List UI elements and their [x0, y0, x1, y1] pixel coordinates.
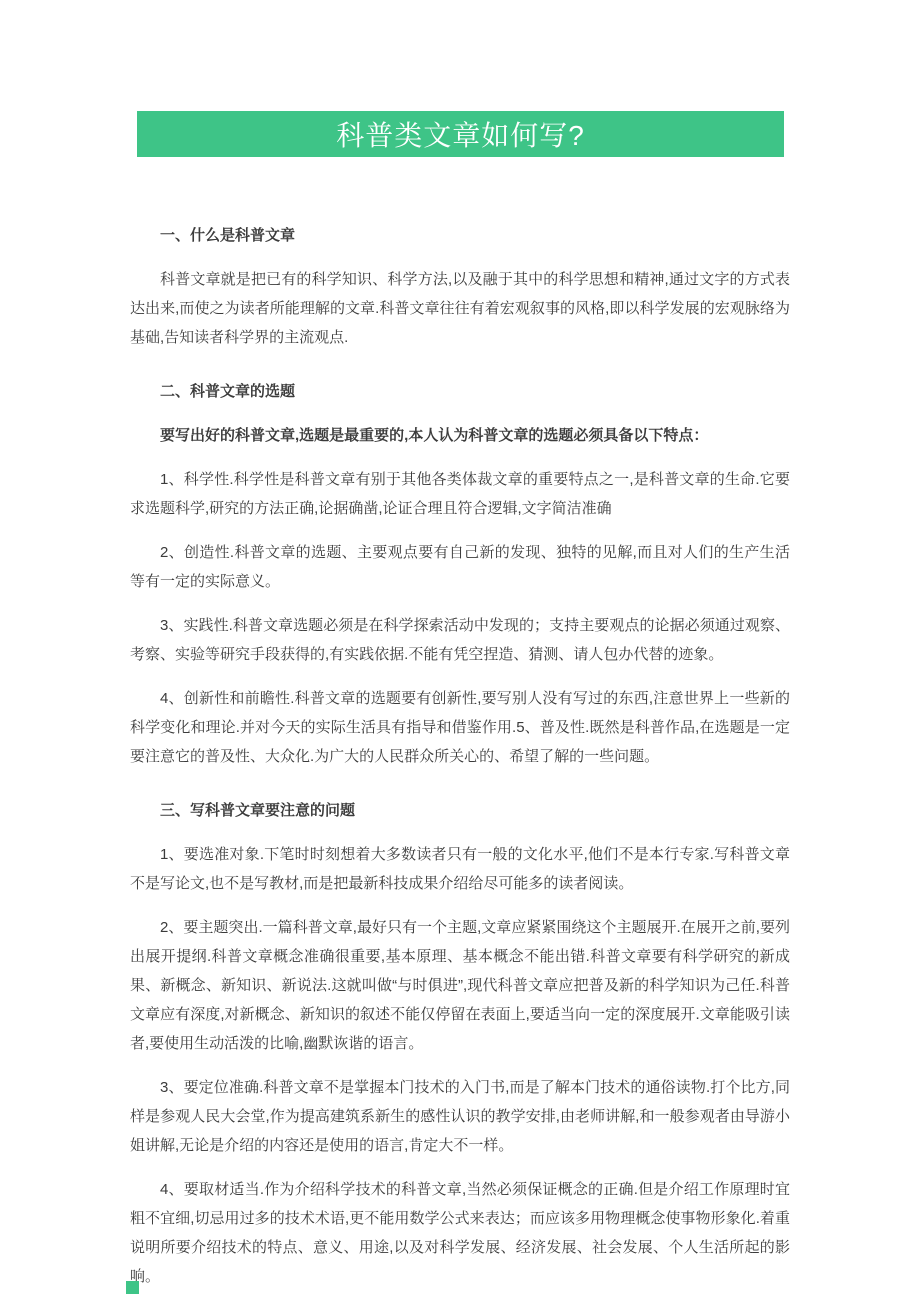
paragraph: 2、要主题突出.一篇科普文章,最好只有一个主题,文章应紧紧围绕这个主题展开.在展…	[130, 913, 790, 1058]
document-page: { "page": { "title": "科普类文章如何写?", "accen…	[0, 0, 920, 1302]
paragraph: 4、创新性和前瞻性.科普文章的选题要有创新性,要写别人没有写过的东西,注意世界上…	[130, 684, 790, 771]
section-heading-what-is: 一、什么是科普文章	[130, 221, 790, 250]
article-text: 一、什么是科普文章 科普文章就是把已有的科学知识、科学方法,以及融于其中的科学思…	[130, 221, 790, 1291]
document-body: 科普类文章如何写? 一、什么是科普文章 科普文章就是把已有的科学知识、科学方法,…	[0, 111, 920, 1291]
paragraph: 4、要取材适当.作为介绍科学技术的科普文章,当然必须保证概念的正确.但是介绍工作…	[130, 1175, 790, 1291]
paragraph: 科普文章就是把已有的科学知识、科学方法,以及融于其中的科学思想和精神,通过文字的…	[130, 265, 790, 352]
section-heading-topic-selection: 二、科普文章的选题	[130, 377, 790, 406]
section-heading-issues: 三、写科普文章要注意的问题	[130, 796, 790, 825]
paragraph: 2、创造性.科普文章的选题、主要观点要有自己新的发现、独特的见解,而且对人们的生…	[130, 538, 790, 596]
paragraph-lead: 要写出好的科普文章,选题是最重要的,本人认为科普文章的选题必须具备以下特点：	[130, 421, 790, 450]
paragraph: 1、科学性.科学性是科普文章有别于其他各类体裁文章的重要特点之一,是科普文章的生…	[130, 465, 790, 523]
paragraph: 3、要定位准确.科普文章不是掌握本门技术的入门书,而是了解本门技术的通俗读物.打…	[130, 1073, 790, 1160]
title-banner: 科普类文章如何写?	[137, 111, 784, 157]
page-title: 科普类文章如何写?	[336, 114, 585, 154]
paragraph: 3、实践性.科普文章选题必须是在科学探索活动中发现的；支持主要观点的论据必须通过…	[130, 611, 790, 669]
paragraph: 1、要选准对象.下笔时时刻想着大多数读者只有一般的文化水平,他们不是本行专家.写…	[130, 840, 790, 898]
page-corner-marker	[126, 1281, 139, 1294]
